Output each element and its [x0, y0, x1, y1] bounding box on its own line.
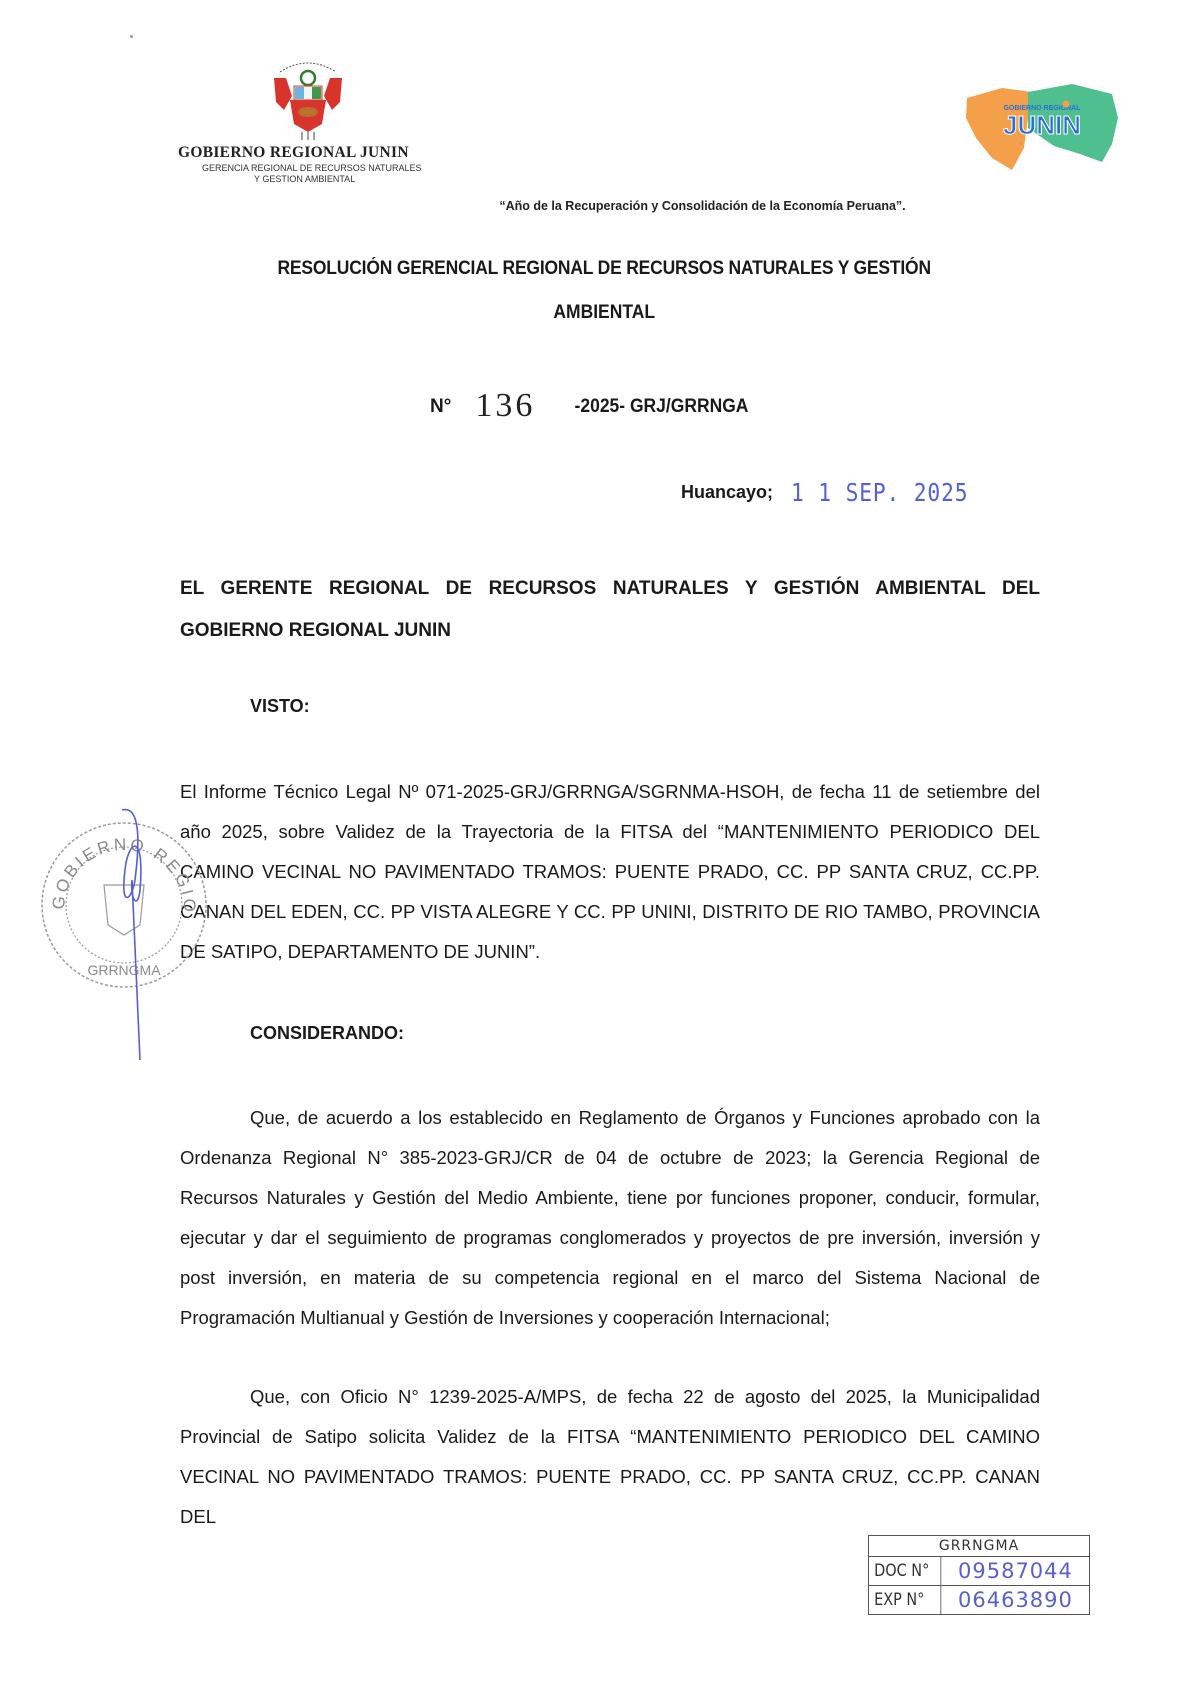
considerando-paragraph: Que, de acuerdo a los establecido en Reg…	[180, 1098, 1040, 1338]
place: Huancayo;	[681, 482, 773, 502]
considerando-paragraph: Que, con Oficio N° 1239-2025-A/MPS, de f…	[180, 1377, 1040, 1537]
scan-speck	[130, 35, 133, 38]
authority-line1: EL GERENTE REGIONAL DE RECURSOS NATURALE…	[180, 568, 1040, 610]
exp-label: EXP N°	[869, 1586, 941, 1614]
signature-icon	[110, 800, 160, 1060]
resolution-title-line1: RESOLUCIÓN GERENCIAL REGIONAL DE RECURSO…	[48, 258, 1143, 280]
registry-title: GRRNGMA	[869, 1536, 1089, 1557]
authority-line2: GOBIERNO REGIONAL JUNIN	[180, 620, 451, 641]
considerando-paragraph-text: Que, de acuerdo a los establecido en Reg…	[180, 1107, 1040, 1328]
doc-label: DOC N°	[869, 1557, 941, 1585]
doc-value: 09587044	[954, 1557, 1089, 1585]
considerando-paragraph-text: Que, con Oficio N° 1239-2025-A/MPS, de f…	[180, 1386, 1040, 1527]
org-name: GOBIERNO REGIONAL JUNIN	[178, 144, 409, 162]
junin-region-logo-icon: GOBIERNO REGIONAL JUNIN	[962, 78, 1122, 178]
date-stamp: 1 1 SEP. 2025	[791, 478, 968, 507]
visto-heading: VISTO:	[250, 696, 310, 717]
authority-heading: EL GERENTE REGIONAL DE RECURSOS NATURALE…	[180, 568, 1040, 652]
number-value: 136	[475, 387, 535, 424]
org-subtitle-line2: Y GESTION AMBIENTAL	[254, 174, 355, 184]
place-and-date: Huancayo;1 1 SEP. 2025	[681, 478, 1000, 507]
resolution-number: N°136-2025- GRJ/GRRNGA	[430, 383, 756, 421]
visto-paragraph: El Informe Técnico Legal Nº 071-2025-GRJ…	[180, 772, 1040, 972]
coat-of-arms-icon	[268, 52, 348, 142]
considerando-heading: CONSIDERANDO:	[250, 1023, 404, 1044]
year-motto: “Año de la Recuperación y Consolidación …	[0, 199, 1190, 213]
org-subtitle-line1: GERENCIA REGIONAL DE RECURSOS NATURALES	[202, 163, 422, 173]
number-suffix: -2025- GRJ/GRRNGA	[575, 396, 749, 418]
exp-value: 06463890	[954, 1586, 1089, 1614]
registry-doc-row: DOC N° 09587044	[869, 1557, 1089, 1586]
svg-text:JUNIN: JUNIN	[1003, 110, 1081, 140]
registry-exp-row: EXP N° 06463890	[869, 1586, 1089, 1614]
number-prefix: N°	[430, 396, 451, 417]
resolution-title-line2: AMBIENTAL	[48, 302, 1143, 324]
registry-box: GRRNGMA DOC N° 09587044 EXP N° 06463890	[868, 1535, 1090, 1615]
